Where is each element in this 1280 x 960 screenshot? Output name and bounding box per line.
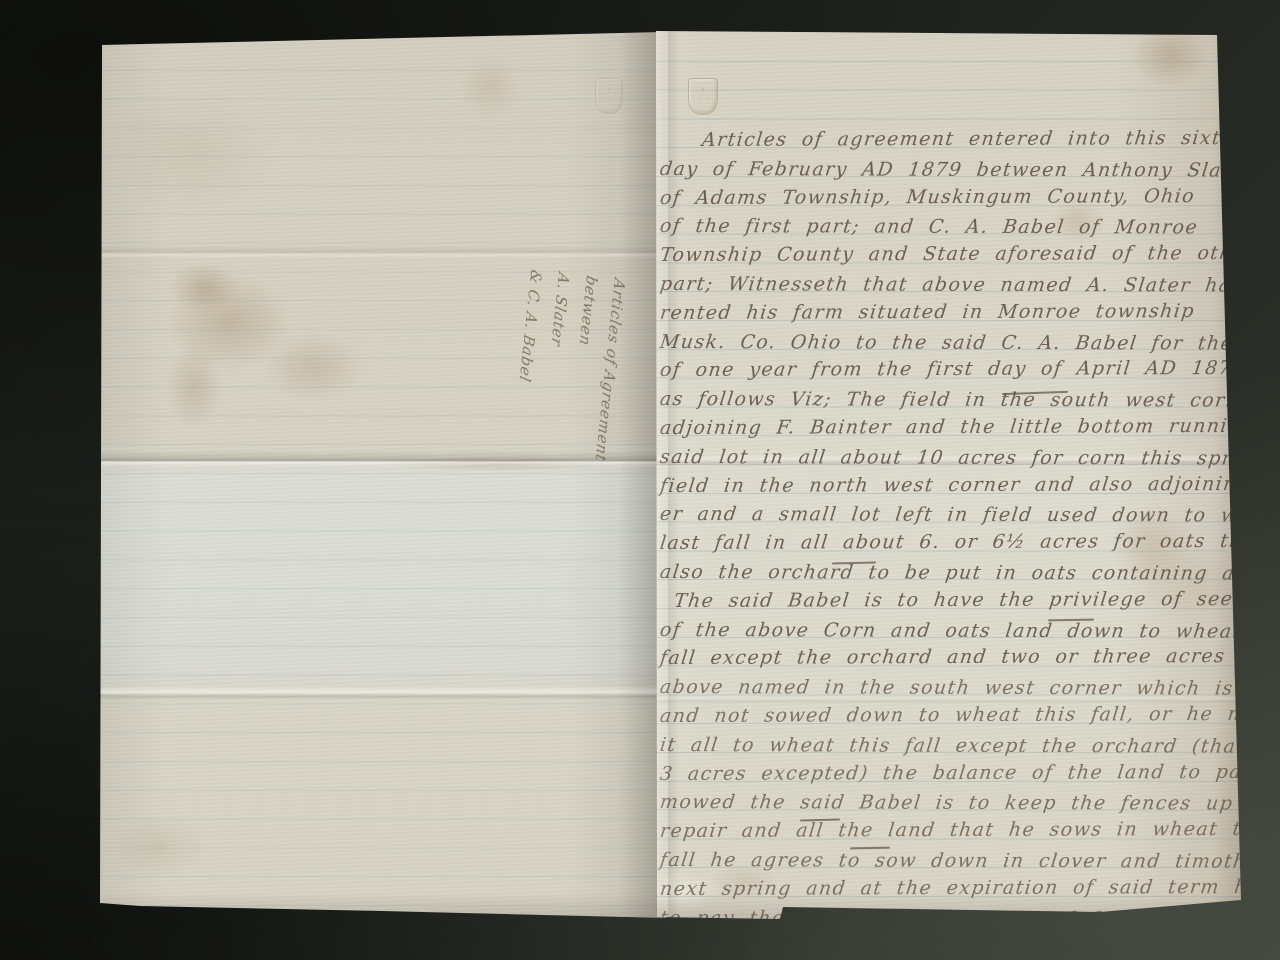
embossed-seal-icon — [688, 78, 718, 115]
page-edge-shadow — [650, 892, 1246, 924]
handwriting-line: it all to wheat this fall except the orc… — [658, 731, 1247, 761]
handwriting-line: The said Babel is to have the privilege … — [658, 585, 1248, 616]
handwriting-line: fall he agrees to sow down in clover and… — [658, 846, 1247, 876]
fold-crease — [99, 686, 671, 700]
handwriting-line: of the first part; and C. A. Babel of Mo… — [658, 212, 1247, 242]
handwriting-line: 3 acres excepted) the balance of the lan… — [658, 757, 1248, 788]
page-edge-shadow — [99, 892, 671, 924]
photo-background: Articles of Agreement between A. Slater … — [0, 0, 1280, 960]
handwriting-line: er and a small lot left in field used do… — [658, 500, 1247, 530]
left-page: Articles of Agreement between A. Slater … — [99, 32, 671, 924]
handwriting-line: mowed the said Babel is to keep the fenc… — [658, 788, 1247, 818]
docket-text: Articles of Agreement between A. Slater … — [504, 269, 633, 452]
handwriting-block: Articles of agreement entered into this … — [660, 126, 1246, 932]
fold-edge-shadow — [668, 26, 680, 924]
handwriting-line: field in the north west corner and also … — [658, 470, 1248, 501]
handwriting-line: of one year from the first day of April … — [658, 354, 1248, 385]
right-page: Articles of agreement entered into this … — [650, 26, 1246, 924]
handwriting-line: repair and all the land that he sows in … — [658, 815, 1248, 846]
ruled-lines — [99, 32, 671, 924]
fold-crease — [99, 450, 671, 468]
handwriting-line: and not sowed down to wheat this fall, o… — [658, 700, 1248, 731]
handwriting-line: day of February AD 1879 between Anthony … — [658, 155, 1247, 185]
handwriting-line: last fall in all about 6. or 6½ acres fo… — [658, 527, 1248, 558]
handwriting-line: Township County and State aforesaid of t… — [658, 239, 1248, 270]
handwriting-line: of Adams Township, Muskingum County, Ohi… — [658, 182, 1248, 213]
handwriting-line: Articles of agreement entered into this … — [658, 124, 1248, 155]
handwriting-line: part; Witnesseth that above named A. Sla… — [658, 270, 1247, 300]
handwriting-line: rented his farm situated in Monroe towns… — [658, 297, 1248, 328]
handwriting-line: adjoining F. Bainter and the little bott… — [658, 412, 1248, 443]
handwriting-line: as follows Viz; The field in the south w… — [658, 385, 1247, 415]
handwriting-line: fall except the orchard and two or three… — [658, 642, 1248, 673]
fold-crease — [99, 246, 671, 258]
handwriting-line: above named in the south west corner whi… — [658, 673, 1247, 703]
handwriting-line: said lot in all about 10 acres for corn … — [658, 443, 1247, 473]
page-edge-shadow — [1212, 26, 1246, 924]
handwriting-line: also the orchard to be put in oats conta… — [658, 558, 1247, 588]
